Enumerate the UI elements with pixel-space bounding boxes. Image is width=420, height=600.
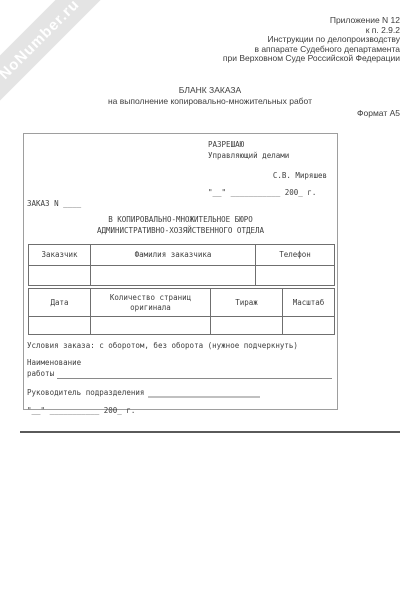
customer-table: Заказчик Фамилия заказчика Телефон bbox=[28, 244, 335, 286]
order-date-blank: "__" ___________ 200_ г. bbox=[27, 405, 337, 416]
cell-customer-name bbox=[91, 266, 256, 286]
title-line-1: БЛАНК ЗАКАЗА bbox=[0, 85, 420, 96]
bottom-divider-line bbox=[20, 431, 400, 433]
reference-header: Приложение N 12 к п. 2.9.2 Инструкции по… bbox=[223, 16, 400, 64]
addressee-block: В КОПИРОВАЛЬНО-МНОЖИТЕЛЬНОЕ БЮРО АДМИНИС… bbox=[24, 214, 337, 236]
order-number-label: ЗАКАЗ N ____ bbox=[27, 198, 337, 209]
approval-block: РАЗРЕШАЮ Управляющий делами bbox=[208, 139, 337, 161]
approver-name: С.В. Миряшев bbox=[24, 170, 327, 181]
col-header-date: Дата bbox=[29, 289, 91, 317]
work-name-label-line1: Наименование bbox=[27, 357, 337, 368]
document-title: БЛАНК ЗАКАЗА на выполнение копировально-… bbox=[0, 85, 420, 107]
department-head-signature-blank bbox=[148, 387, 260, 398]
order-details-table: Дата Количество страниц оригинала Тираж … bbox=[28, 288, 335, 335]
order-table-empty-row bbox=[29, 317, 335, 335]
department-head-label: Руководитель подразделения bbox=[27, 387, 144, 398]
customer-table-empty-row bbox=[29, 266, 335, 286]
addressee-line-1: В КОПИРОВАЛЬНО-МНОЖИТЕЛЬНОЕ БЮРО bbox=[24, 214, 337, 225]
order-form-box: РАЗРЕШАЮ Управляющий делами С.В. Миряшев… bbox=[23, 133, 338, 410]
cell-customer bbox=[29, 266, 91, 286]
approval-date-blank: "__" ___________ 200_ г. bbox=[208, 187, 337, 198]
document-page: NoNumber.ru Приложение N 12 к п. 2.9.2 И… bbox=[0, 0, 420, 600]
approval-resolution: РАЗРЕШАЮ bbox=[208, 139, 337, 150]
order-conditions-line: Условия заказа: с оборотом, без оборота … bbox=[27, 340, 337, 351]
order-table-header-row: Дата Количество страниц оригинала Тираж … bbox=[29, 289, 335, 317]
cell-date bbox=[29, 317, 91, 335]
format-label: Формат А5 bbox=[357, 108, 400, 118]
col-header-pages: Количество страниц оригинала bbox=[91, 289, 211, 317]
customer-table-header-row: Заказчик Фамилия заказчика Телефон bbox=[29, 245, 335, 266]
work-name-line: работы bbox=[27, 368, 332, 379]
work-name-blank-line bbox=[57, 369, 332, 379]
work-name-label-line2: работы bbox=[27, 368, 54, 379]
col-header-customer: Заказчик bbox=[29, 245, 91, 266]
approver-title: Управляющий делами bbox=[208, 150, 337, 161]
cell-phone bbox=[256, 266, 335, 286]
addressee-line-2: АДМИНИСТРАТИВНО-ХОЗЯЙСТВЕННОГО ОТДЕЛА bbox=[24, 225, 337, 236]
cell-copies bbox=[211, 317, 283, 335]
col-header-customer-name: Фамилия заказчика bbox=[91, 245, 256, 266]
col-header-scale: Масштаб bbox=[283, 289, 335, 317]
watermark-text: NoNumber.ru bbox=[0, 0, 82, 82]
ref-line-court: при Верховном Суде Российской Федерации bbox=[223, 54, 400, 64]
department-head-line: Руководитель подразделения bbox=[27, 387, 332, 398]
cell-scale bbox=[283, 317, 335, 335]
watermark-band: NoNumber.ru bbox=[0, 0, 132, 132]
col-header-copies: Тираж bbox=[211, 289, 283, 317]
col-header-phone: Телефон bbox=[256, 245, 335, 266]
cell-pages bbox=[91, 317, 211, 335]
title-line-2: на выполнение копировально-множительных … bbox=[0, 96, 420, 107]
